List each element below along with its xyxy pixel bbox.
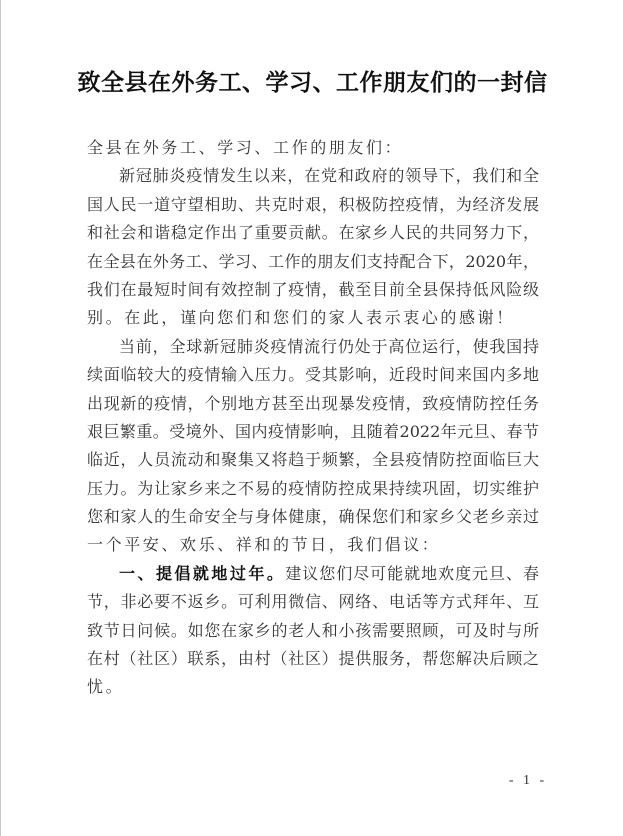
document-title: 致全县在外务工、学习、工作朋友们的一封信	[1, 66, 623, 100]
proposal-text: 建议您们尽可能就地欢度元旦、春	[285, 564, 539, 583]
paragraph-line: 忧。	[87, 673, 539, 701]
paragraph-line: 国人民一道守望相助、共克时艰，积极防控疫情，为经济发展	[87, 191, 539, 219]
paragraph-line: 在全县在外务工、学习、工作的朋友们支持配合下，2020年，	[87, 248, 539, 276]
letter-body: 全县在外务工、学习、工作的朋友们： 新冠肺炎疫情发生以来，在党和政府的领导下，我…	[87, 134, 539, 702]
paragraph-line: 当前，全球新冠肺炎疫情流行仍处于高位运行，使我国持	[87, 333, 539, 361]
paragraph-line: 致节日问候。如您在家乡的老人和小孩需要照顾，可及时与所	[87, 617, 539, 645]
paragraph-line: 一个平安、欢乐、祥和的节日，我们倡议：	[87, 531, 539, 559]
paragraph-line: 节，非必要不返乡。可利用微信、网络、电话等方式拜年、互	[87, 588, 539, 616]
paragraph-line: 新冠肺炎疫情发生以来，在党和政府的领导下，我们和全	[87, 162, 539, 190]
paragraph-line: 您和家人的生命安全与身体健康，确保您们和家乡父老乡亲过	[87, 503, 539, 531]
paragraph-line: 压力。为让家乡来之不易的疫情防控成果持续巩固，切实维护	[87, 475, 539, 503]
paragraph-line: 别。在此，谨向您们和您们的家人表示衷心的感谢！	[87, 304, 539, 332]
paragraph-line: 临近，人员流动和聚集又将趋于频繁，全县疫情防控面临巨大	[87, 446, 539, 474]
paragraph-line: 我们在最短时间有效控制了疫情，截至目前全县保持低风险级	[87, 276, 539, 304]
document-page: 致全县在外务工、学习、工作朋友们的一封信 全县在外务工、学习、工作的朋友们： 新…	[0, 0, 623, 836]
paragraph-line: 出现新的疫情，个别地方甚至出现暴发疫情，致疫情防控任务	[87, 390, 539, 418]
paragraph-line: 续面临较大的疫情输入压力。受其影响，近段时间来国内多地	[87, 361, 539, 389]
proposal-1: 一、提倡就地过年。建议您们尽可能就地欢度元旦、春 节，非必要不返乡。可利用微信、…	[87, 560, 539, 702]
paragraph-line: 在村（社区）联系，由村（社区）提供服务，帮您解决后顾之	[87, 645, 539, 673]
paragraph-line: 一、提倡就地过年。建议您们尽可能就地欢度元旦、春	[87, 560, 539, 588]
paragraph-line: 和社会和谐稳定作出了重要贡献。在家乡人民的共同努力下，	[87, 219, 539, 247]
paragraph-line: 艰巨繁重。受境外、国内疫情影响，且随着2022年元旦、春节	[87, 418, 539, 446]
paragraph-1: 新冠肺炎疫情发生以来，在党和政府的领导下，我们和全 国人民一道守望相助、共克时艰…	[87, 162, 539, 332]
page-number: - 1 -	[501, 771, 555, 791]
paragraph-2: 当前，全球新冠肺炎疫情流行仍处于高位运行，使我国持 续面临较大的疫情输入压力。受…	[87, 333, 539, 560]
proposal-heading: 一、提倡就地过年。	[119, 564, 285, 583]
salutation: 全县在外务工、学习、工作的朋友们：	[87, 134, 539, 162]
